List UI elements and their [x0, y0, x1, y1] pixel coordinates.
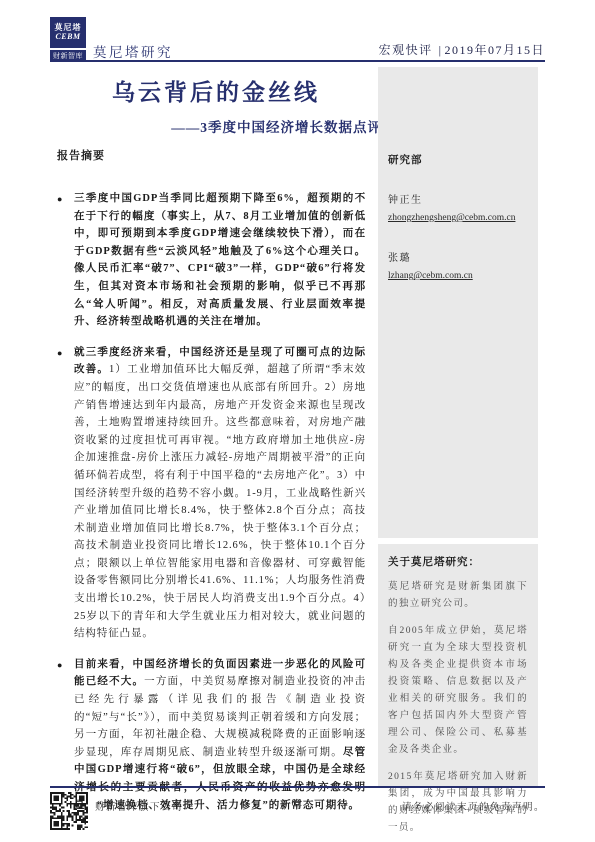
summary-heading: 报告摘要: [57, 147, 366, 163]
analyst-name: 钟正生: [388, 191, 528, 206]
logo-text-en: CEBM: [55, 33, 80, 42]
footer-disclaimer: 请务必阅读末页的免责声明。: [402, 799, 545, 813]
about-heading: 关于莫尼塔研究：: [388, 554, 528, 569]
brand-name: 莫尼塔研究: [93, 41, 173, 61]
about-paragraph: 自2005年成立伊始，莫尼塔研究一直为全球大型投资机构及各类企业提供资本市场投资…: [388, 623, 528, 759]
analyst-email-link[interactable]: zhongzhengsheng@cebm.com.cn: [388, 213, 515, 223]
title-block: 乌云背后的金丝线 ——3季度中国经济增长数据点评: [50, 74, 382, 136]
analyst-list: 钟正生 zhongzhengsheng@cebm.com.cn 张璐 lzhan…: [388, 191, 528, 283]
summary-bullet: 就三季度经济来看，中国经济还是呈现了可圈可点的边际改善。1）工业增加值环比大幅反…: [57, 344, 366, 643]
about-panel: 关于莫尼塔研究： 莫尼塔研究是财新集团旗下的独立研究公司。 自2005年成立伊始…: [378, 544, 538, 787]
summary-bullet-list: 三季度中国GDP当季同比超预期下降至6%，超预期的不在于下行的幅度（事实上，从7…: [57, 190, 366, 814]
bullet-body: 一方面，中美贸易摩擦对制造业投资的冲击已经先行暴露（详见我们的报告《制造业投资的…: [74, 676, 366, 757]
summary-bullet: 目前来看，中国经济增长的负面因素进一步恶化的风险可能已经不大。一方面，中美贸易摩…: [57, 656, 366, 814]
about-paragraph: 莫尼塔研究是财新集团旗下的独立研究公司。: [388, 579, 528, 613]
bullet-body: 1）工业增加值环比大幅反弹，超越了所谓“季末效应”的幅度，出口交货值增速也从底部…: [74, 364, 366, 639]
analyst-name: 张璐: [388, 249, 528, 264]
analyst-entry: 钟正生 zhongzhengsheng@cebm.com.cn: [388, 191, 528, 225]
report-page: 莫尼塔 CEBM 财新智库 莫尼塔研究 宏观快评|2019年07月15日 乌云背…: [0, 0, 595, 842]
report-title: 乌云背后的金丝线: [50, 74, 382, 107]
report-subtitle: ——3季度中国经济增长数据点评: [50, 116, 382, 136]
research-dept-heading: 研究部: [388, 152, 528, 167]
research-dept-panel: 研究部 钟正生 zhongzhengsheng@cebm.com.cn 张璐 l…: [378, 67, 538, 538]
analyst-entry: 张璐 lzhang@cebm.com.cn: [388, 249, 528, 283]
meta-separator: |: [439, 43, 443, 57]
analyst-email-link[interactable]: lzhang@cebm.com.cn: [388, 271, 473, 281]
summary-bullet: 三季度中国GDP当季同比超预期下降至6%，超预期的不在于下行的幅度（事实上，从7…: [57, 190, 366, 331]
company-logo: 莫尼塔 CEBM: [50, 17, 86, 48]
header-meta: 宏观快评|2019年07月15日: [379, 41, 545, 58]
report-date: 2019年07月15日: [444, 43, 545, 57]
footer-divider: [50, 786, 545, 788]
doc-type: 宏观快评: [379, 43, 433, 57]
report-summary: 报告摘要 三季度中国GDP当季同比超预期下降至6%，超预期的不在于下行的幅度（事…: [57, 147, 366, 827]
bullet-bold-lead: 三季度中国GDP当季同比超预期下降至6%，超预期的不在于下行的幅度（事实上，从7…: [74, 193, 366, 327]
header-divider: [50, 60, 545, 62]
